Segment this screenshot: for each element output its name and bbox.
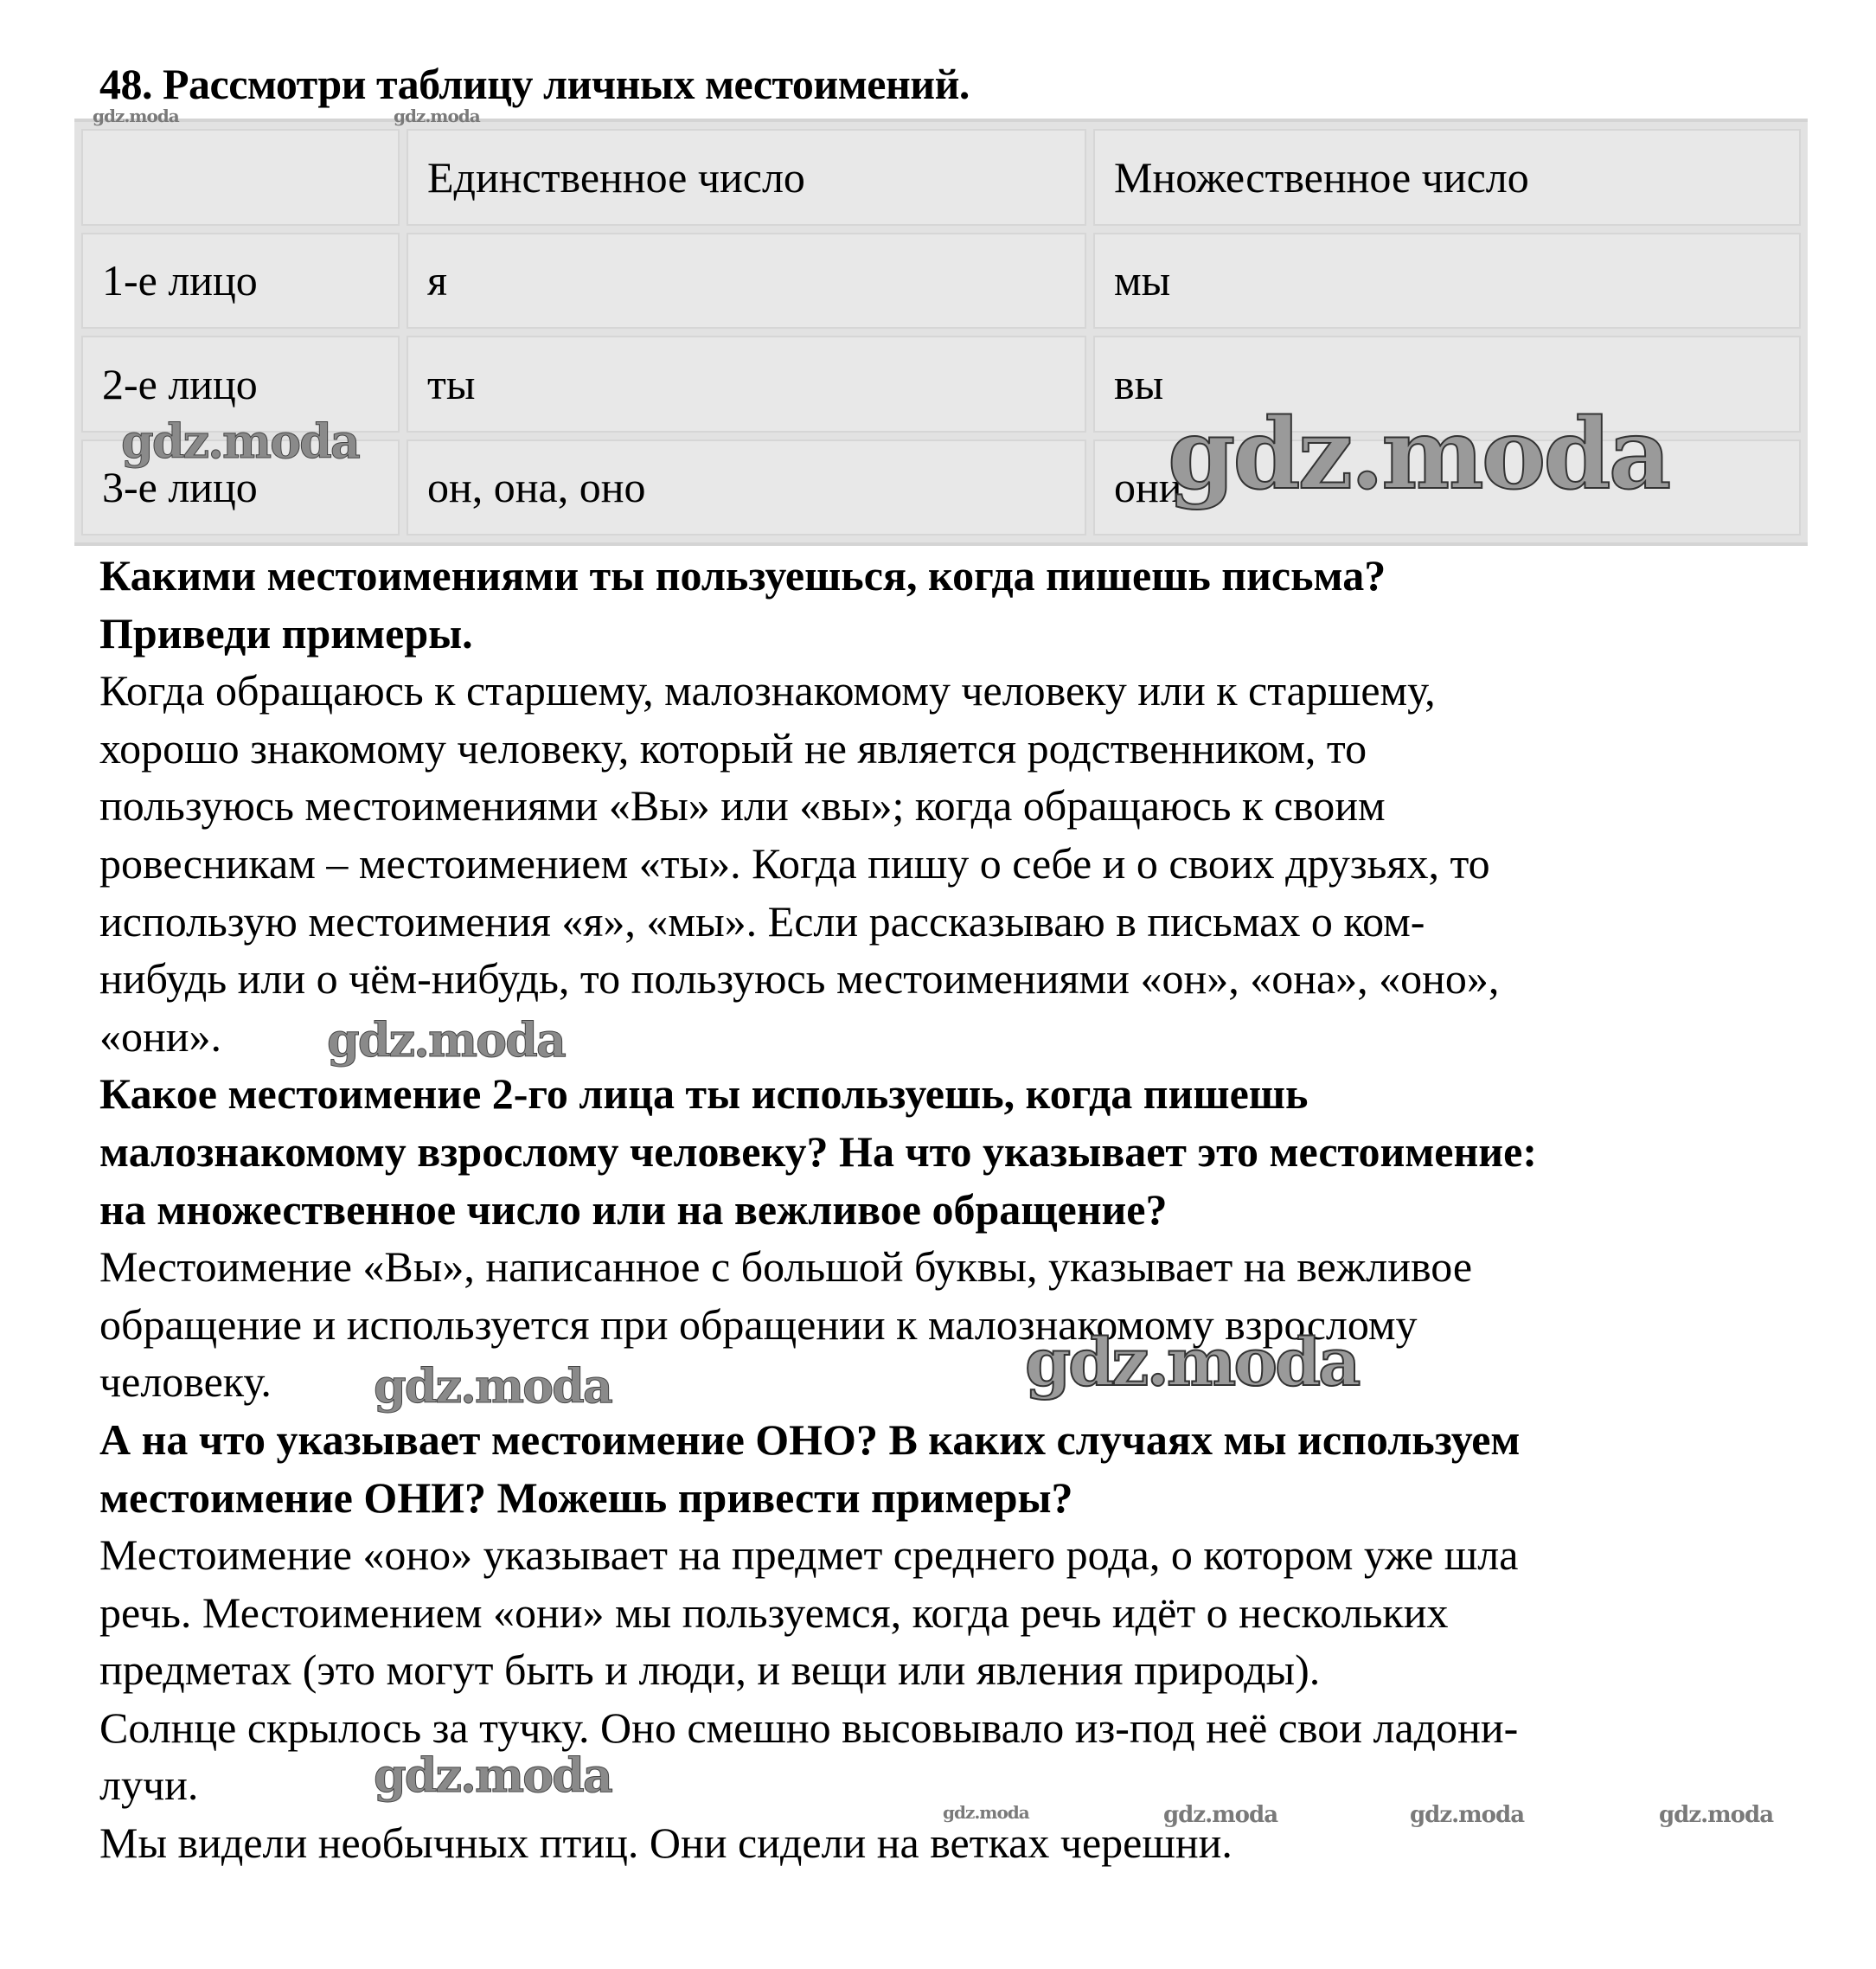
watermark: gdz.moda	[1025, 1324, 1358, 1401]
watermark: gdz.moda	[1163, 1802, 1277, 1828]
question-line: Какое местоимение 2-го лица ты используе…	[99, 1065, 1795, 1123]
answer-body: Какими местоимениями ты пользуешься, ког…	[99, 547, 1795, 1872]
answer-line: речь. Местоимением «они» мы пользуемся, …	[99, 1584, 1795, 1642]
watermark: gdz.moda	[121, 414, 359, 469]
table-header-cell: Множественное число	[1093, 129, 1801, 226]
table-cell: мы	[1093, 233, 1801, 330]
table-row: 1-е лицо я мы	[81, 233, 1801, 330]
watermark: gdz.moda	[374, 1748, 611, 1803]
watermark: gdz.moda	[1659, 1802, 1773, 1828]
table-header-row: Единственное число Множественное число	[81, 129, 1801, 226]
watermark: gdz.moda	[394, 106, 480, 126]
question-line: малознакомому взрослому человеку? На что…	[99, 1123, 1795, 1181]
answer-line: человеку.	[99, 1353, 1795, 1411]
watermark: gdz.moda	[1168, 398, 1668, 511]
answer-line: нибудь или о чём-нибудь, то пользуюсь ме…	[99, 950, 1795, 1008]
question-line: Какими местоимениями ты пользуешься, ког…	[99, 547, 1795, 605]
answer-line: пользуюсь местоимениями «Вы» или «вы»; к…	[99, 777, 1795, 835]
answer-line: Мы видели необычных птиц. Они сидели на …	[99, 1814, 1795, 1872]
table-cell: 1-е лицо	[81, 233, 400, 330]
watermark: gdz.moda	[93, 106, 179, 126]
answer-line: предметах (это могут быть и люди, и вещи…	[99, 1641, 1795, 1699]
question-line: А на что указывает местоимение ОНО? В ка…	[99, 1411, 1795, 1469]
answer-line: Местоимение «оно» указывает на предмет с…	[99, 1526, 1795, 1584]
watermark: gdz.moda	[327, 1012, 565, 1068]
watermark: gdz.moda	[374, 1358, 611, 1414]
table-cell: я	[407, 233, 1086, 330]
exercise-title: 48. Рассмотри таблицу личных местоимений…	[99, 59, 970, 109]
question-line: на множественное число или на вежливое о…	[99, 1181, 1795, 1239]
answer-line: обращение и используется при обращении к…	[99, 1296, 1795, 1354]
question-line: местоимение ОНИ? Можешь привести примеры…	[99, 1469, 1795, 1527]
table-cell: он, она, оно	[407, 439, 1086, 536]
answer-line: ровесникам – местоимением «ты». Когда пи…	[99, 835, 1795, 893]
question-line: Приведи примеры.	[99, 605, 1795, 663]
watermark: gdz.moda	[1410, 1802, 1524, 1828]
table-header-cell	[81, 129, 400, 226]
answer-line: Солнце скрылось за тучку. Оно смешно выс…	[99, 1699, 1795, 1757]
table-cell: ты	[407, 336, 1086, 433]
answer-line: использую местоимения «я», «мы». Если ра…	[99, 893, 1795, 951]
table-header-cell: Единственное число	[407, 129, 1086, 226]
answer-line: Местоимение «Вы», написанное с большой б…	[99, 1238, 1795, 1296]
answer-line: хорошо знакомому человеку, который не яв…	[99, 720, 1795, 778]
answer-line: Когда обращаюсь к старшему, малознакомом…	[99, 662, 1795, 720]
watermark: gdz.moda	[943, 1802, 1029, 1823]
